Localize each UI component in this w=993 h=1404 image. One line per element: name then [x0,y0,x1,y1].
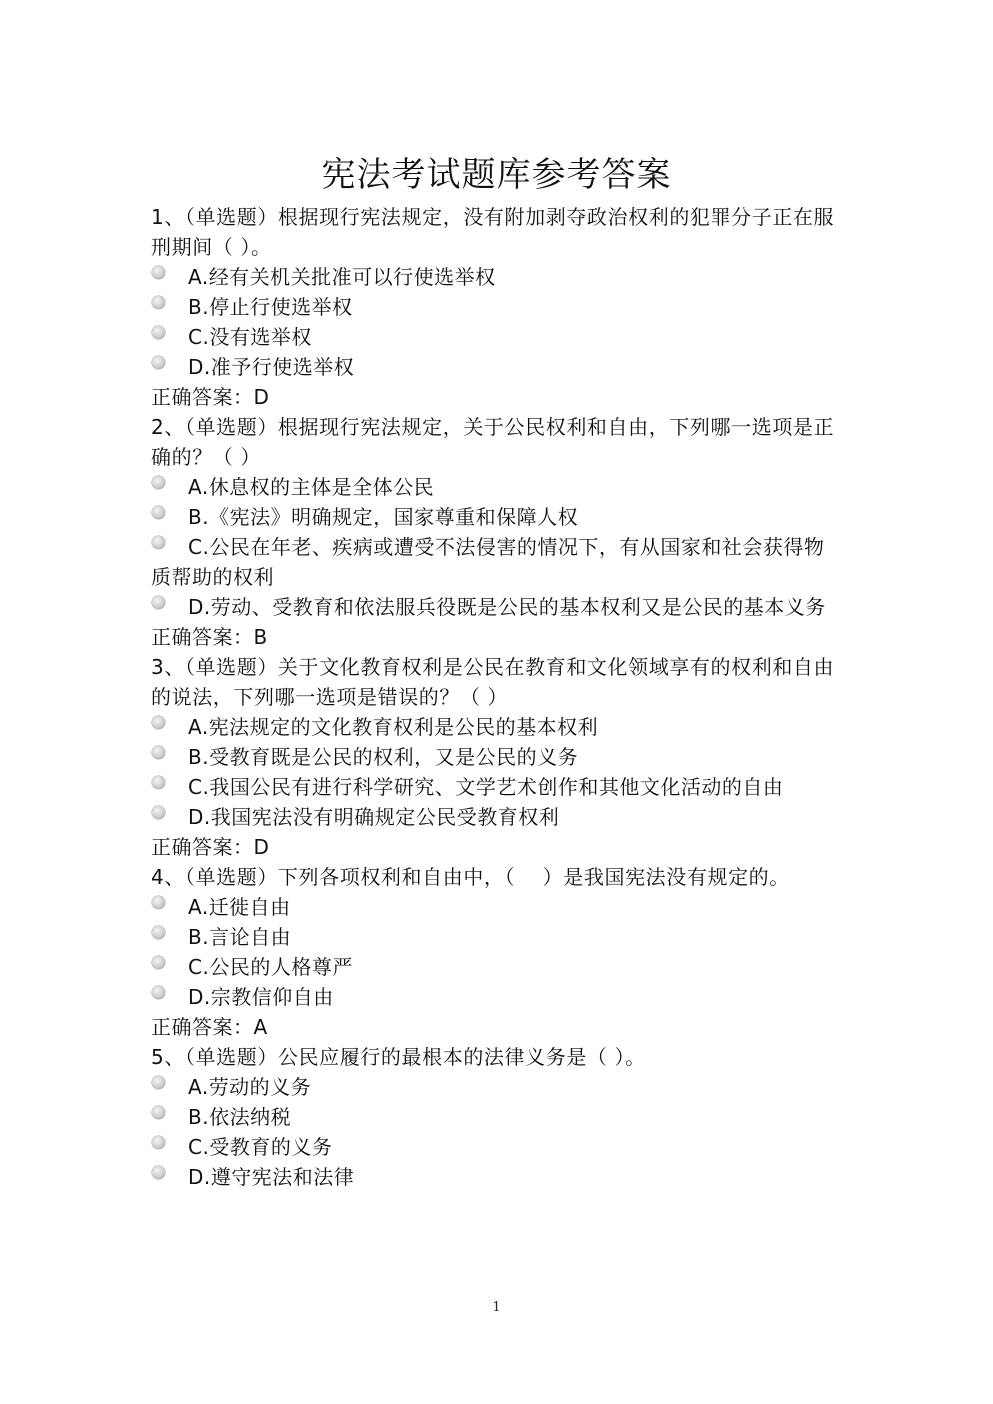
radio-button-icon[interactable] [152,746,165,759]
option-c[interactable]: C.没有选举权 [151,322,841,352]
radio-button-icon[interactable] [152,296,165,309]
radio-button-icon[interactable] [152,1136,165,1149]
option-c[interactable]: C.受教育的义务 [151,1132,841,1162]
option-d[interactable]: D.宗教信仰自由 [151,982,841,1012]
option-b[interactable]: B.受教育既是公民的权利，又是公民的义务 [151,742,841,772]
correct-answer: 正确答案：B [151,622,841,652]
question-stem: 4、（单选题）下列各项权利和自由中，（ ）是我国宪法没有规定的。 [151,862,841,892]
correct-answer: 正确答案：A [151,1012,841,1042]
question-stem: 2、（单选题）根据现行宪法规定，关于公民权利和自由，下列哪一选项是正确的？（ ） [151,412,841,472]
question-4: 4、（单选题）下列各项权利和自由中，（ ）是我国宪法没有规定的。 A.迁徙自由 … [151,862,841,1042]
question-stem: 1、（单选题）根据现行宪法规定，没有附加剥夺政治权利的犯罪分子正在服刑期间（ ）… [151,202,841,262]
option-c[interactable]: C.公民的人格尊严 [151,952,841,982]
option-d[interactable]: D.准予行使选举权 [151,352,841,382]
radio-button-icon[interactable] [152,506,165,519]
radio-button-icon[interactable] [152,1106,165,1119]
radio-button-icon[interactable] [152,476,165,489]
option-c[interactable]: C.公民在年老、疾病或遭受不法侵害的情况下，有从国家和社会获得物质帮助的权利 [151,532,841,592]
radio-button-icon[interactable] [152,776,165,789]
document-page: 宪法考试题库参考答案 1、（单选题）根据现行宪法规定，没有附加剥夺政治权利的犯罪… [0,0,993,1404]
option-b[interactable]: B.言论自由 [151,922,841,952]
correct-answer: 正确答案：D [151,832,841,862]
option-c[interactable]: C.我国公民有进行科学研究、文学艺术创作和其他文化活动的自由 [151,772,841,802]
question-2: 2、（单选题）根据现行宪法规定，关于公民权利和自由，下列哪一选项是正确的？（ ）… [151,412,841,652]
question-list: 1、（单选题）根据现行宪法规定，没有附加剥夺政治权利的犯罪分子正在服刑期间（ ）… [151,202,841,1192]
radio-button-icon[interactable] [152,536,165,549]
option-a[interactable]: A.休息权的主体是全体公民 [151,472,841,502]
question-3: 3、（单选题）关于文化教育权利是公民在教育和文化领域享有的权利和自由的说法，下列… [151,652,841,862]
question-stem: 5、（单选题）公民应履行的最根本的法律义务是（ ）。 [151,1042,841,1072]
radio-button-icon[interactable] [152,266,165,279]
question-1: 1、（单选题）根据现行宪法规定，没有附加剥夺政治权利的犯罪分子正在服刑期间（ ）… [151,202,841,412]
option-a[interactable]: A.经有关机关批准可以行使选举权 [151,262,841,292]
radio-button-icon[interactable] [152,326,165,339]
radio-button-icon[interactable] [152,1166,165,1179]
option-d[interactable]: D.劳动、受教育和依法服兵役既是公民的基本权利又是公民的基本义务 [151,592,841,622]
radio-button-icon[interactable] [152,986,165,999]
option-a[interactable]: A.迁徙自由 [151,892,841,922]
option-a[interactable]: A.宪法规定的文化教育权利是公民的基本权利 [151,712,841,742]
option-d[interactable]: D.我国宪法没有明确规定公民受教育权利 [151,802,841,832]
question-stem: 3、（单选题）关于文化教育权利是公民在教育和文化领域享有的权利和自由的说法，下列… [151,652,841,712]
document-title: 宪法考试题库参考答案 [0,150,993,200]
radio-button-icon[interactable] [152,806,165,819]
option-b[interactable]: B.依法纳税 [151,1102,841,1132]
correct-answer: 正确答案：D [151,382,841,412]
radio-button-icon[interactable] [152,716,165,729]
option-b[interactable]: B.《宪法》明确规定，国家尊重和保障人权 [151,502,841,532]
option-b[interactable]: B.停止行使选举权 [151,292,841,322]
radio-button-icon[interactable] [152,896,165,909]
option-d[interactable]: D.遵守宪法和法律 [151,1162,841,1192]
radio-button-icon[interactable] [152,926,165,939]
page-number: 1 [0,1300,993,1315]
radio-button-icon[interactable] [152,356,165,369]
option-a[interactable]: A.劳动的义务 [151,1072,841,1102]
question-5: 5、（单选题）公民应履行的最根本的法律义务是（ ）。 A.劳动的义务 B.依法纳… [151,1042,841,1192]
radio-button-icon[interactable] [152,956,165,969]
radio-button-icon[interactable] [152,1076,165,1089]
radio-button-icon[interactable] [152,596,165,609]
